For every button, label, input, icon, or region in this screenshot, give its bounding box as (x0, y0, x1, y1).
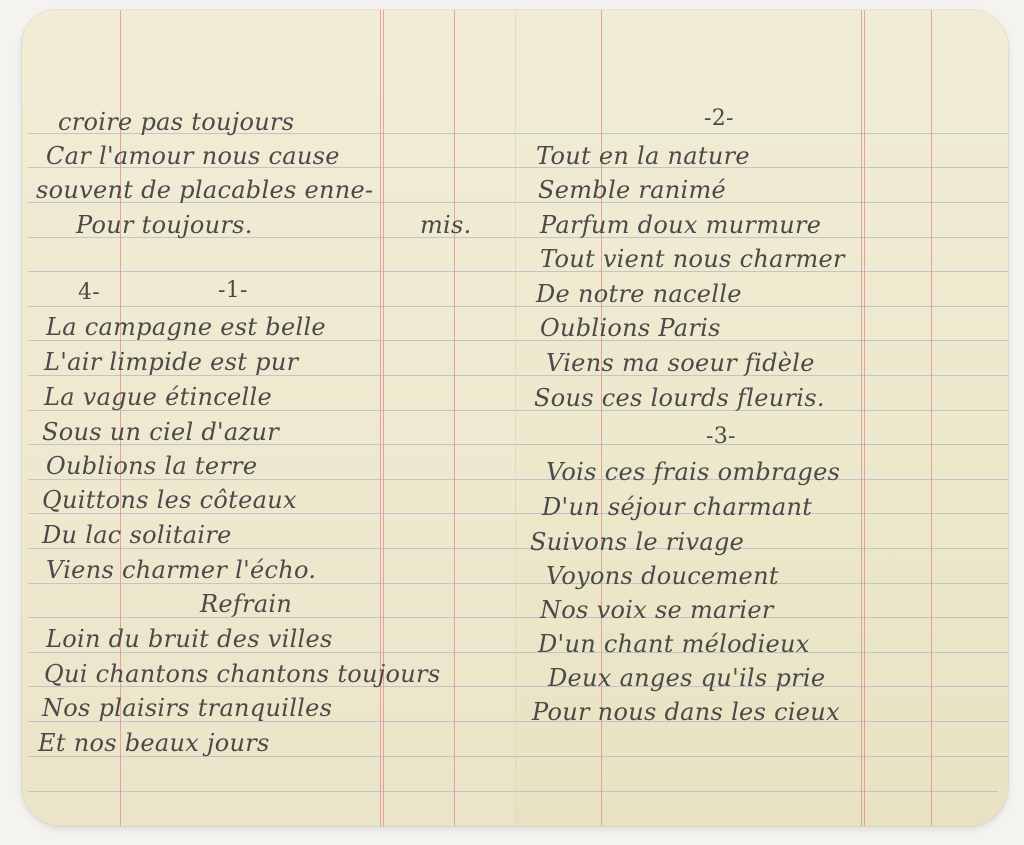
ruling-line (516, 791, 998, 792)
margin-line (380, 10, 381, 826)
handwritten-line: Sous un ciel d'azur (42, 420, 279, 444)
handwritten-line: Semble ranimé (538, 178, 726, 202)
handwritten-line: Quittons les côteaux (42, 488, 297, 512)
margin-line (383, 10, 384, 826)
handwritten-line: D'un séjour charmant (542, 495, 812, 519)
handwritten-line: Parfum doux murmure (540, 213, 821, 237)
left-page: croire pas toujours Car l'amour nous cau… (22, 10, 516, 826)
handwritten-line: Pour nous dans les cieux (532, 700, 840, 724)
margin-line (931, 10, 932, 826)
handwritten-line: Qui chantons chantons toujours (44, 662, 440, 686)
handwritten-line: Car l'amour nous cause (46, 144, 340, 168)
page-number-marker: 4- (78, 282, 100, 304)
handwritten-line: Deux anges qu'ils prie (548, 666, 825, 690)
ruling-line (516, 133, 1008, 134)
handwritten-line: Voyons doucement (546, 564, 779, 588)
ruling-line (28, 306, 516, 307)
handwritten-line: souvent de placables enne- (36, 178, 373, 202)
ruling-line (28, 271, 516, 272)
verse-number: -1- (218, 280, 248, 302)
handwritten-line: Tout vient nous charmer (540, 247, 845, 271)
handwritten-line: Sous ces lourds fleuris. (534, 386, 825, 410)
margin-line (864, 10, 865, 826)
handwritten-line: Et nos beaux jours (38, 731, 270, 755)
ruling-line (28, 791, 516, 792)
margin-line (861, 10, 862, 826)
handwritten-line: Pour toujours. (76, 213, 253, 237)
ruling-line (516, 756, 1008, 757)
handwritten-line: L'air limpide est pur (44, 350, 298, 374)
handwritten-line: Suivons le rivage (530, 530, 744, 554)
handwritten-line: Nos voix se marier (540, 598, 774, 622)
handwritten-line: Du lac solitaire (42, 523, 232, 547)
handwritten-line: mis. (420, 213, 472, 237)
scan-background: croire pas toujours Car l'amour nous cau… (0, 0, 1024, 845)
handwritten-line: Oublions la terre (46, 454, 257, 478)
verse-number: -2- (704, 108, 734, 130)
notebook-spread: croire pas toujours Car l'amour nous cau… (22, 10, 1008, 826)
handwritten-line: La vague étincelle (44, 385, 272, 409)
handwritten-line: Loin du bruit des villes (46, 627, 333, 651)
handwritten-line: croire pas toujours (58, 110, 294, 134)
ruling-line (516, 444, 1008, 445)
handwritten-line: Oublions Paris (540, 316, 721, 340)
margin-line (454, 10, 455, 826)
handwritten-line: Viens ma soeur fidèle (546, 351, 815, 375)
handwritten-line: La campagne est belle (46, 315, 326, 339)
verse-number: -3- (706, 426, 736, 448)
handwritten-line: D'un chant mélodieux (538, 632, 810, 656)
right-page: -2- Tout en la nature Semble ranimé Parf… (516, 10, 1008, 826)
handwritten-line: Vois ces frais ombrages (546, 460, 840, 484)
handwritten-line: Viens charmer l'écho. (46, 558, 316, 582)
handwritten-line: Nos plaisirs tranquilles (42, 696, 332, 720)
handwritten-line: Tout en la nature (536, 144, 750, 168)
handwritten-line: De notre nacelle (536, 282, 742, 306)
refrain-heading: Refrain (200, 592, 292, 616)
